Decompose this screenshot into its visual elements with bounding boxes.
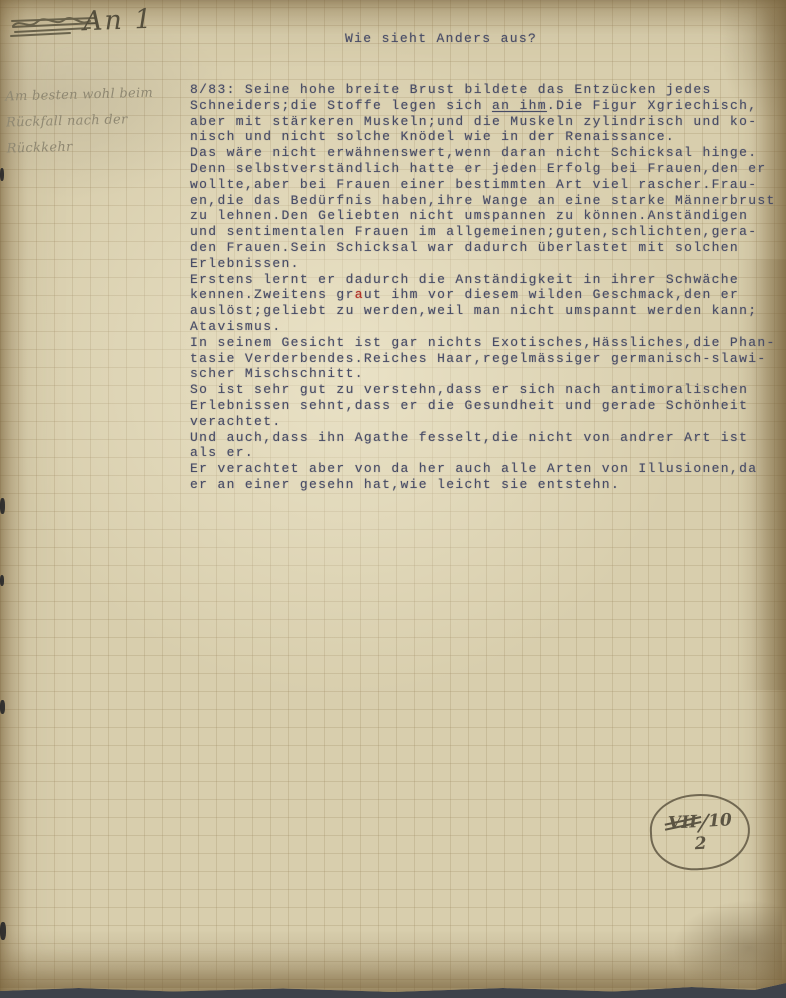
typescript-line: Atavismus. — [190, 319, 786, 335]
typescript-line: So ist sehr gut zu verstehn,dass er sich… — [190, 382, 786, 398]
paper-edge-chip — [0, 700, 5, 714]
typescript-line: und sentimentalen Frauen im allgemeinen;… — [190, 224, 786, 240]
typescript-line: nisch und nicht solche Knödel wie in der… — [190, 129, 786, 145]
typescript-body: 8/83: Seine hohe breite Brust bildete da… — [190, 82, 786, 493]
page-title: Wie sieht Anders aus? — [345, 31, 537, 46]
folio-circle: VII / 10 2 — [648, 791, 752, 872]
typescript-line: wollte,aber bei Frauen einer bestimmten … — [190, 177, 786, 193]
typescript-line: en,die das Bedürfnis haben,ihre Wange an… — [190, 193, 786, 209]
typescript-line: 8/83: Seine hohe breite Brust bildete da… — [190, 82, 786, 98]
folio-series: VII — [667, 814, 699, 833]
scanned-page: An 1 Am besten wohl beim Rückfall nach d… — [0, 0, 786, 998]
typescript-line: kennen.Zweitens graut ihm vor diesem wil… — [190, 287, 786, 303]
paper-stain — [0, 930, 786, 988]
typescript-line: Denn selbstverständlich hatte er jeden E… — [190, 161, 786, 177]
typescript-line: scher Mischschnitt. — [190, 366, 786, 382]
typescript-line: tasie Verderbendes.Reiches Haar,regelmäs… — [190, 351, 786, 367]
typescript-line: Schneiders;die Stoffe legen sich an ihm.… — [190, 98, 786, 114]
typescript-line: Erlebnissen. — [190, 256, 786, 272]
folio-signature: VII / 10 — [666, 809, 732, 836]
typescript-line: auslöst;geliebt zu werden,weil man nicht… — [190, 303, 786, 319]
corner-mark: An 1 — [82, 4, 154, 37]
folio-slash: / — [698, 810, 708, 835]
typescript-line: Er verachtet aber von da her auch alle A… — [190, 461, 786, 477]
paper-edge-chip — [0, 498, 5, 514]
typescript-line: In seinem Gesicht ist gar nichts Exotisc… — [190, 335, 786, 351]
typescript-line: Erstens lernt er dadurch die Anständigke… — [190, 272, 786, 288]
paper-sheet: An 1 Am besten wohl beim Rückfall nach d… — [0, 0, 786, 998]
margin-note-line: Rückfall nach der Rückkehr — [6, 106, 197, 163]
typescript-line: aber mit stärkeren Muskeln;und die Muske… — [190, 114, 786, 130]
margin-note: Am besten wohl beim Rückfall nach der Rü… — [5, 80, 197, 163]
paper-edge-chip — [0, 922, 6, 940]
typescript-line: verachtet. — [190, 414, 786, 430]
typescript-line: zu lehnen.Den Geliebten nicht umspannen … — [190, 208, 786, 224]
typescript-line: er an einer gesehn hat,wie leicht sie en… — [190, 477, 786, 493]
typescript-line: als er. — [190, 445, 786, 461]
paper-stain — [672, 900, 782, 980]
typescript-line: Und auch,dass ihn Agathe fesselt,die nic… — [190, 430, 786, 446]
typescript-line: Das wäre nicht erwähnenswert,wenn daran … — [190, 145, 786, 161]
folio-number: 10 — [708, 812, 733, 830]
paper-edge-chip — [0, 575, 4, 586]
paper-edge-chip — [0, 168, 4, 181]
typescript-line: den Frauen.Sein Schicksal war dadurch üb… — [190, 240, 786, 256]
typescript-line: Erlebnissen sehnt,dass er die Gesundheit… — [190, 398, 786, 414]
